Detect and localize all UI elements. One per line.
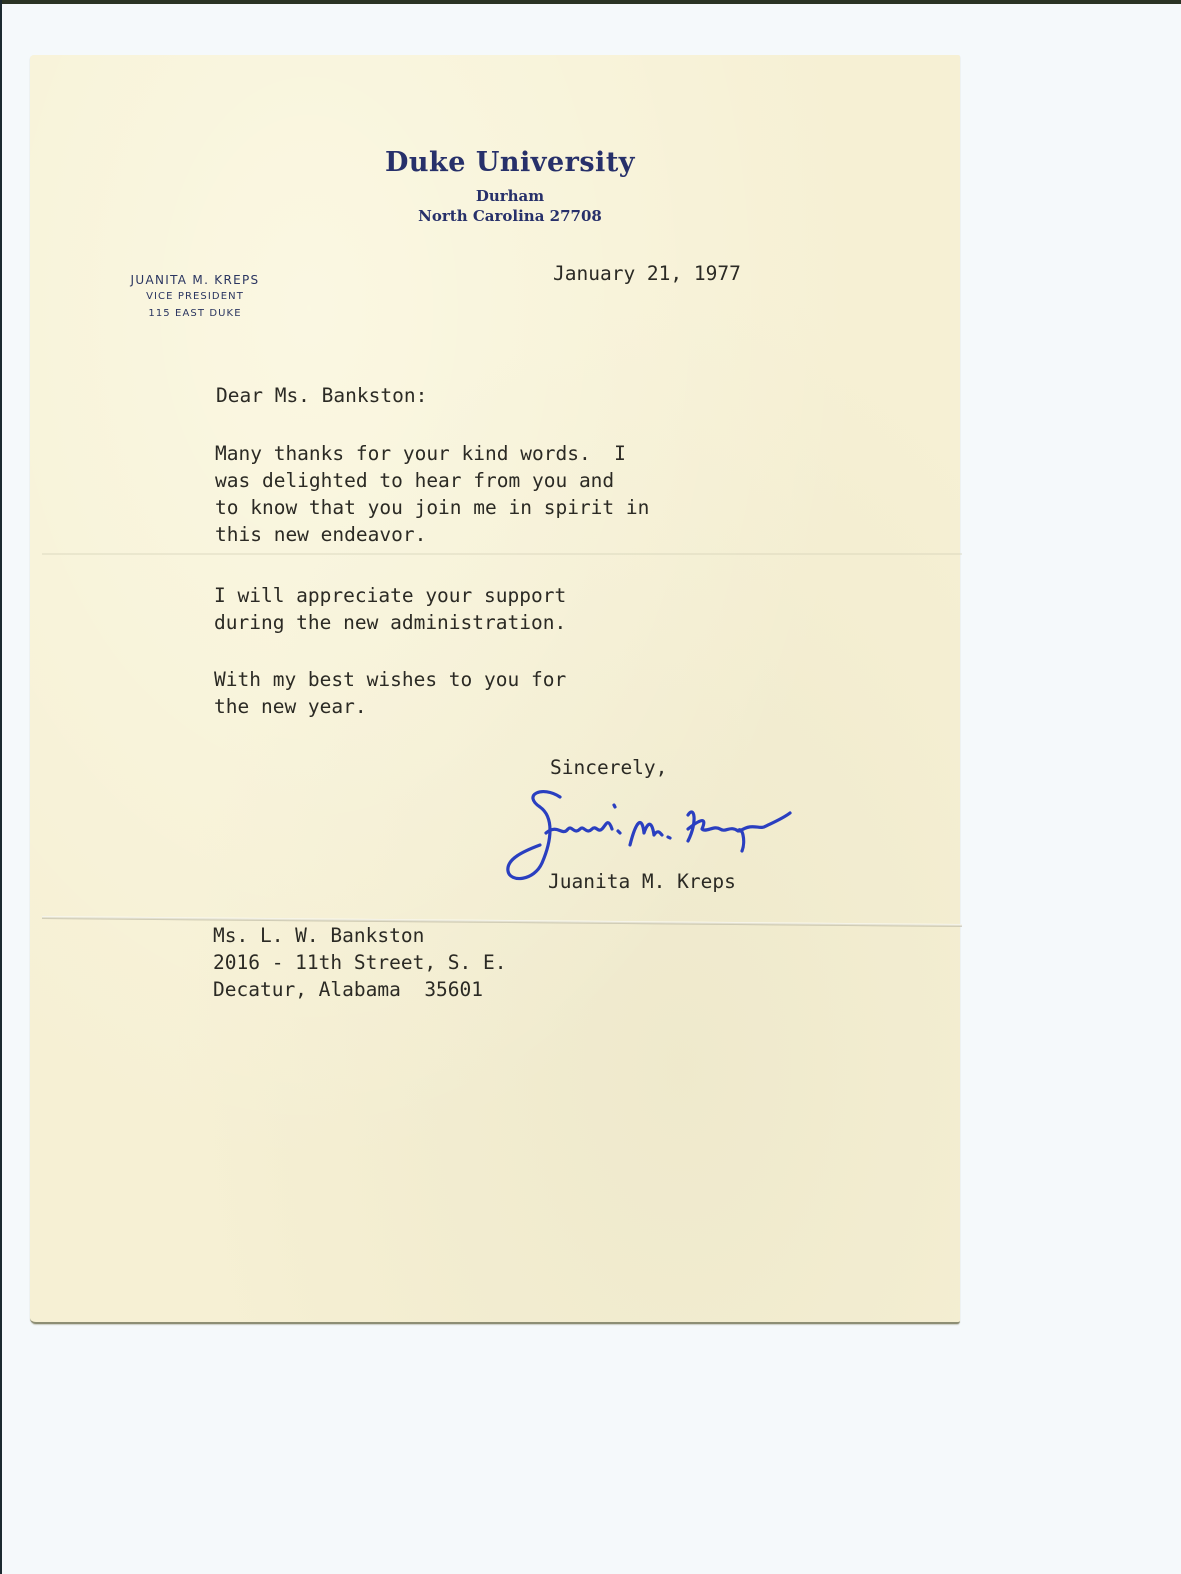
body-paragraph-3: With my best wishes to you for the new y… — [214, 666, 566, 720]
sender-name: JUANITA M. KREPS — [100, 273, 290, 287]
recipient-address: Ms. L. W. Bankston 2016 - 11th Street, S… — [213, 922, 507, 1003]
scan-edge-top — [0, 0, 1181, 4]
closing: Sincerely, — [550, 754, 667, 781]
salutation: Dear Ms. Bankston: — [216, 382, 427, 409]
scan-edge-left — [0, 0, 2, 1574]
sender-title: VICE PRESIDENT — [100, 291, 290, 302]
letterhead-city: Durham — [410, 187, 610, 205]
typed-signer-name: Juanita M. Kreps — [548, 868, 736, 895]
fold-crease — [42, 553, 962, 555]
body-paragraph-1: Many thanks for your kind words. I was d… — [215, 440, 649, 548]
body-paragraph-2: I will appreciate your support during th… — [214, 582, 566, 636]
letter-date: January 21, 1977 — [553, 260, 741, 287]
letterhead-institution: Duke University — [330, 147, 690, 178]
letterhead-state-zip: North Carolina 27708 — [360, 207, 660, 225]
letter-sheet: Duke University Durham North Carolina 27… — [30, 55, 960, 1324]
sender-office: 115 EAST DUKE — [100, 308, 290, 319]
